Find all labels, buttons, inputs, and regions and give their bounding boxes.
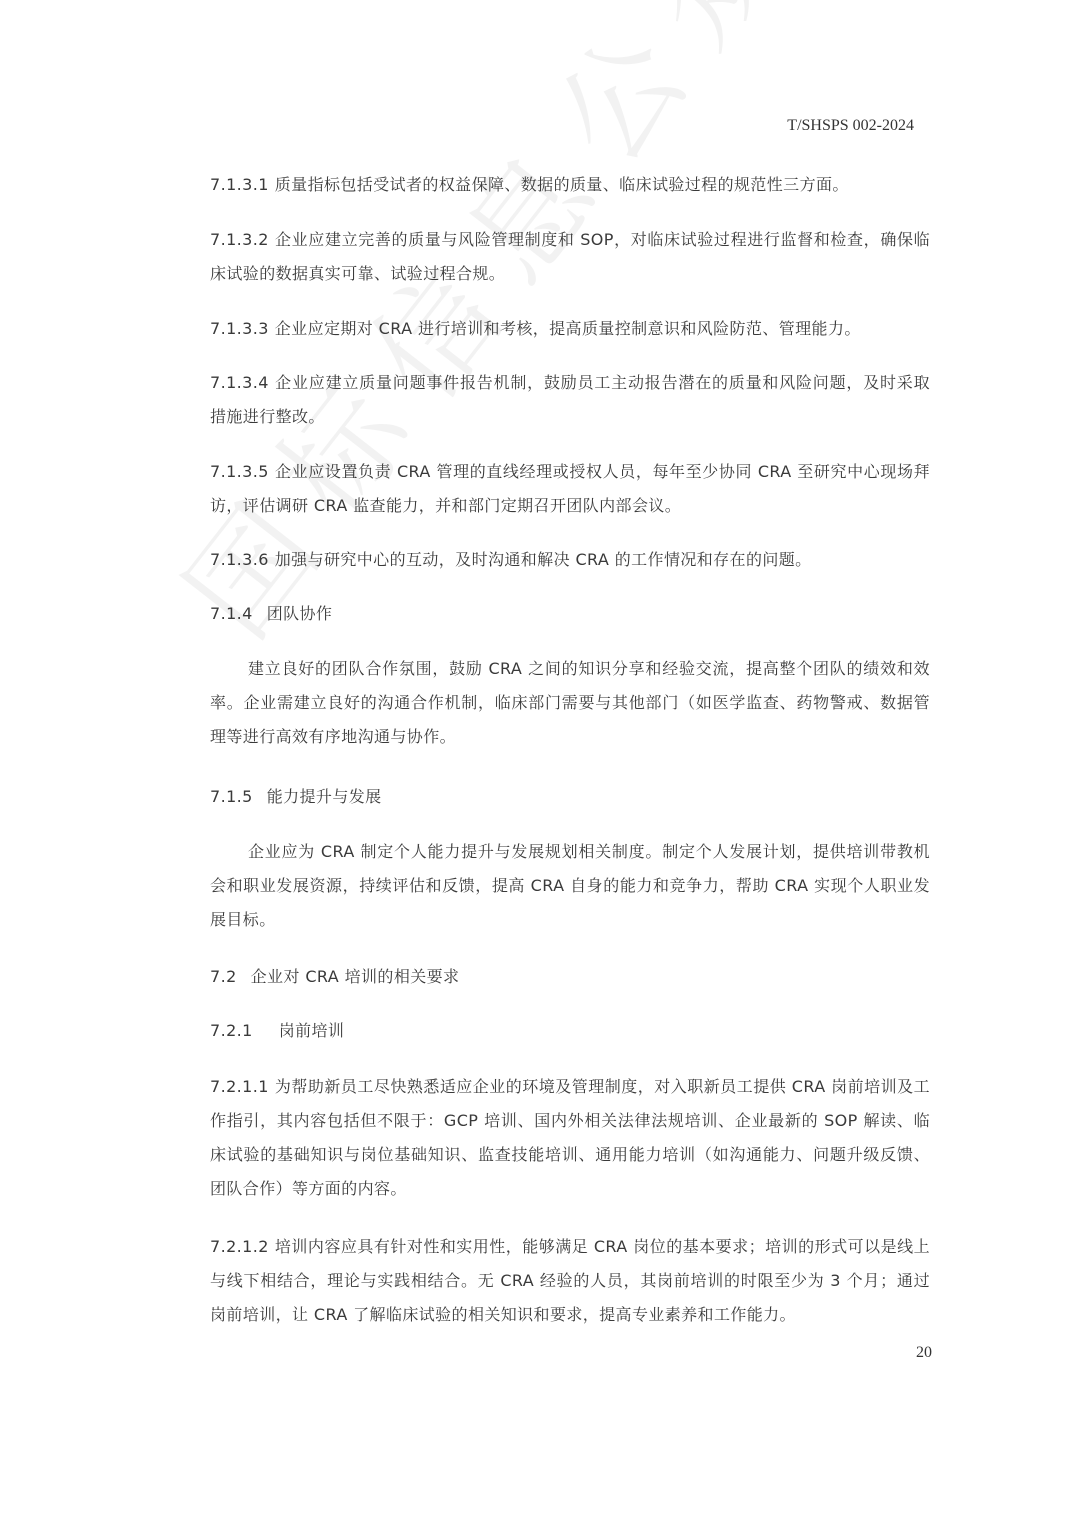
clause-text: 企业应建立完善的质量与风险管理制度和 SOP，对临床试验过程进行监督和检查，确保… — [210, 230, 930, 283]
heading-7-2: 7.2企业对 CRA 培训的相关要求 — [210, 960, 930, 994]
heading-text: 岗前培训 — [279, 1021, 345, 1040]
heading-text: 企业对 CRA 培训的相关要求 — [251, 967, 460, 986]
heading-7-2-1: 7.2.1岗前培训 — [210, 1014, 930, 1048]
heading-text: 能力提升与发展 — [267, 787, 382, 806]
heading-number: 7.2 — [210, 967, 237, 986]
paragraph-text: 建立良好的团队合作氛围，鼓励 CRA 之间的知识分享和经验交流，提高整个团队的绩… — [210, 659, 930, 746]
clause-7-2-1-1: 7.2.1.1为帮助新员工尽快熟悉适应企业的环境及管理制度，对入职新员工提供 C… — [210, 1070, 930, 1206]
clause-number: 7.1.3.5 — [210, 462, 269, 481]
heading-number: 7.1.5 — [210, 787, 253, 806]
clause-number: 7.1.3.6 — [210, 550, 269, 569]
heading-text: 团队协作 — [267, 604, 333, 623]
clause-text: 企业应建立质量问题事件报告机制，鼓励员工主动报告潜在的质量和风险问题，及时采取措… — [210, 373, 930, 426]
clause-number: 7.1.3.3 — [210, 319, 269, 338]
document-code: T/SHSPS 002-2024 — [787, 117, 914, 135]
clause-text: 企业应定期对 CRA 进行培训和考核，提高质量控制意识和风险防范、管理能力。 — [275, 319, 861, 338]
paragraph-development: 企业应为 CRA 制定个人能力提升与发展规划相关制度。制定个人发展计划，提供培训… — [210, 835, 930, 937]
paragraph-teamwork: 建立良好的团队合作氛围，鼓励 CRA 之间的知识分享和经验交流，提高整个团队的绩… — [210, 652, 930, 754]
clause-7-1-3-5: 7.1.3.5企业应设置负责 CRA 管理的直线经理或授权人员，每年至少协同 C… — [210, 455, 930, 523]
clause-number: 7.1.3.1 — [210, 175, 269, 194]
clause-number: 7.2.1.1 — [210, 1077, 269, 1096]
heading-7-1-5: 7.1.5能力提升与发展 — [210, 780, 930, 814]
clause-text: 培训内容应具有针对性和实用性，能够满足 CRA 岗位的基本要求；培训的形式可以是… — [210, 1237, 930, 1324]
clause-7-1-3-2: 7.1.3.2企业应建立完善的质量与风险管理制度和 SOP，对临床试验过程进行监… — [210, 223, 930, 291]
clause-text: 加强与研究中心的互动，及时沟通和解决 CRA 的工作情况和存在的问题。 — [275, 550, 812, 569]
heading-number: 7.2.1 — [210, 1021, 253, 1040]
clause-7-1-3-1: 7.1.3.1质量指标包括受试者的权益保障、数据的质量、临床试验过程的规范性三方… — [210, 168, 930, 202]
page-number: 20 — [916, 1344, 932, 1362]
clause-7-1-3-6: 7.1.3.6加强与研究中心的互动，及时沟通和解决 CRA 的工作情况和存在的问… — [210, 543, 930, 577]
heading-7-1-4: 7.1.4团队协作 — [210, 597, 930, 631]
clause-7-2-1-2: 7.2.1.2培训内容应具有针对性和实用性，能够满足 CRA 岗位的基本要求；培… — [210, 1230, 930, 1332]
paragraph-text: 企业应为 CRA 制定个人能力提升与发展规划相关制度。制定个人发展计划，提供培训… — [210, 842, 930, 929]
clause-number: 7.1.3.4 — [210, 373, 269, 392]
clause-text: 企业应设置负责 CRA 管理的直线经理或授权人员，每年至少协同 CRA 至研究中… — [210, 462, 930, 515]
clause-7-1-3-4: 7.1.3.4企业应建立质量问题事件报告机制，鼓励员工主动报告潜在的质量和风险问… — [210, 366, 930, 434]
clause-number: 7.1.3.2 — [210, 230, 269, 249]
clause-text: 为帮助新员工尽快熟悉适应企业的环境及管理制度，对入职新员工提供 CRA 岗前培训… — [210, 1077, 930, 1198]
clause-text: 质量指标包括受试者的权益保障、数据的质量、临床试验过程的规范性三方面。 — [275, 175, 849, 194]
heading-number: 7.1.4 — [210, 604, 253, 623]
clause-7-1-3-3: 7.1.3.3企业应定期对 CRA 进行培训和考核，提高质量控制意识和风险防范、… — [210, 312, 930, 346]
clause-number: 7.2.1.2 — [210, 1237, 269, 1256]
